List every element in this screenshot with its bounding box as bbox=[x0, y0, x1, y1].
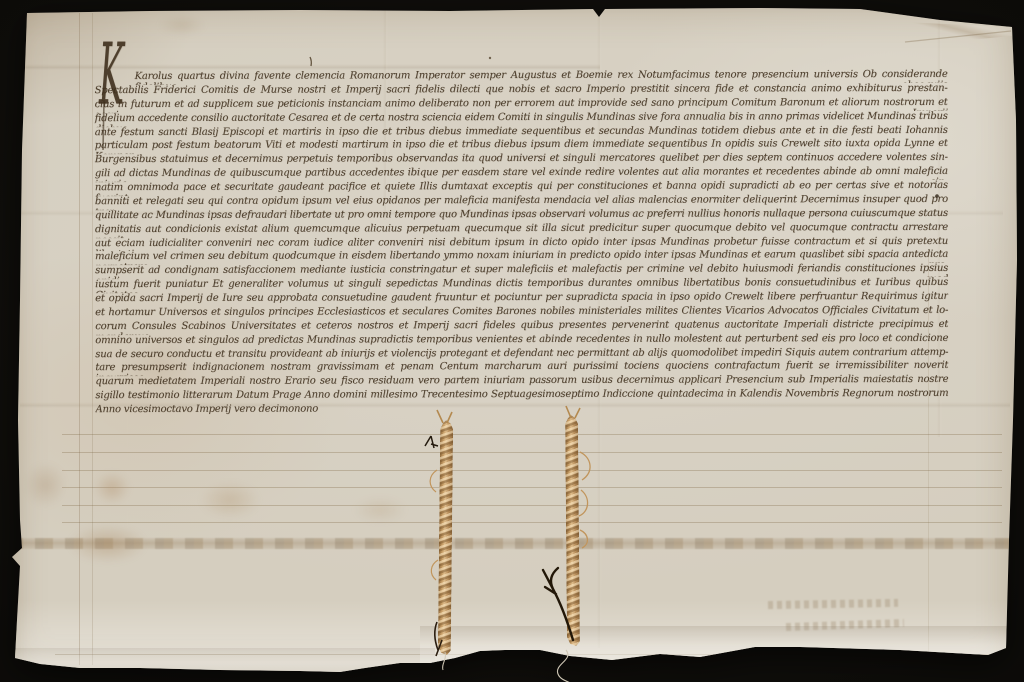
ruling-line bbox=[62, 522, 1002, 523]
parchment: K Karolus quartus divina favente clemenc… bbox=[0, 0, 1024, 682]
stain bbox=[88, 466, 136, 510]
manuscript-text-block: Karolus quartus divina favente clemencia… bbox=[95, 69, 949, 418]
stain bbox=[55, 518, 160, 570]
ruling-line bbox=[62, 434, 1002, 435]
seal-cord-right bbox=[565, 415, 580, 646]
fold-band bbox=[14, 538, 1010, 549]
margin-line bbox=[79, 13, 80, 665]
manuscript-line: Anno vicesimoctavo Imperij vero decimono… bbox=[95, 402, 948, 418]
stain bbox=[150, 10, 214, 40]
corner-fold bbox=[900, 8, 1016, 48]
photo-background: K Karolus quartus divina favente clemenc… bbox=[0, 0, 1024, 682]
parchment-wrap: K Karolus quartus divina favente clemenc… bbox=[0, 0, 1024, 682]
bottom-edge-curl bbox=[420, 626, 1010, 668]
bottom-edge-curl bbox=[15, 648, 435, 672]
stain bbox=[345, 492, 415, 528]
stain bbox=[18, 455, 73, 515]
ruling-line bbox=[62, 470, 1002, 471]
showthrough-marks bbox=[768, 599, 898, 609]
stain bbox=[190, 475, 270, 525]
ruling-line bbox=[62, 452, 1002, 453]
manuscript-lines: Karolus quartus divina favente clemencia… bbox=[95, 69, 949, 418]
seal-cord-left bbox=[438, 420, 453, 655]
